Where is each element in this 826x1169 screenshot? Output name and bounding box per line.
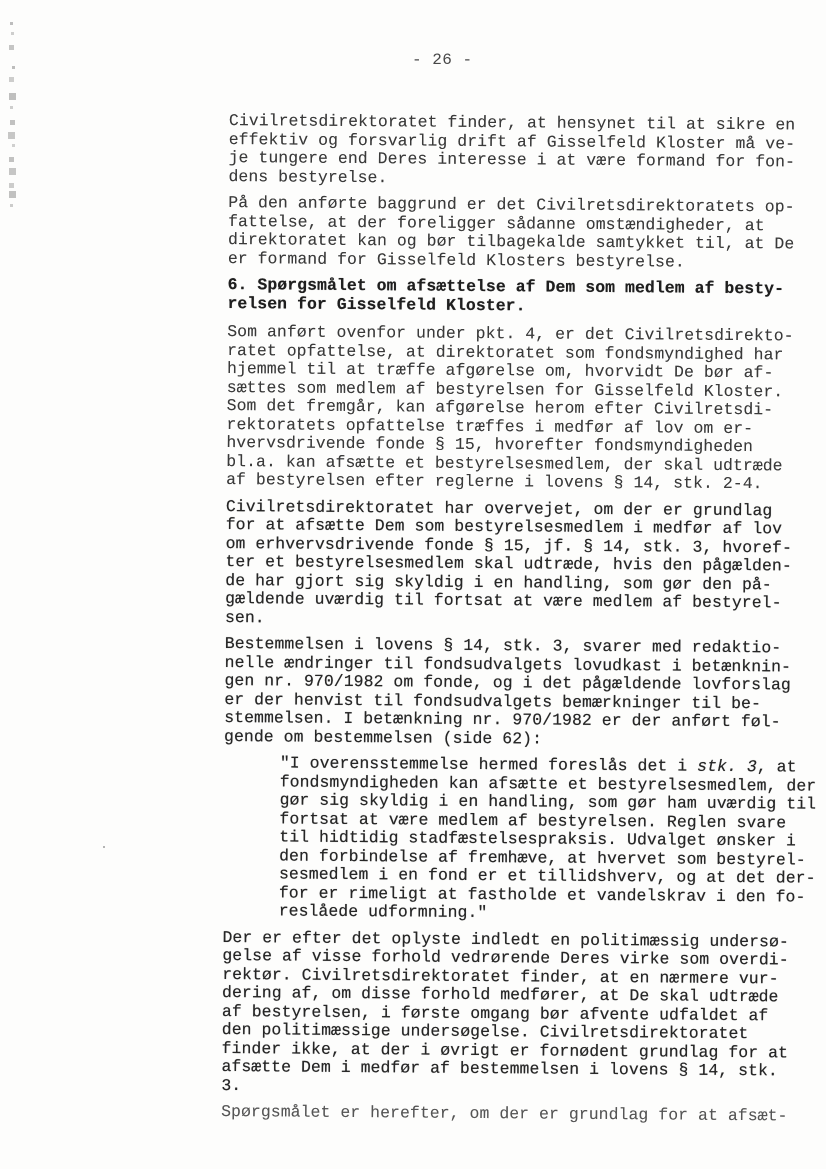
scan-noise-left-edge	[10, 22, 13, 25]
paragraph-4: Civilretsdirektoratet har overvejet, om …	[225, 497, 818, 631]
document-body: Civilretsdirektoratet finder, at hensyne…	[221, 112, 821, 1134]
paragraph-3: Som anført ovenfor under pkt. 4, er det …	[226, 323, 819, 494]
section-6-heading: 6. Spørgsmålet om afsættelse af Dem som …	[227, 276, 819, 318]
paragraph-5: Bestemmelsen i lovens § 14, stk. 3, svar…	[224, 635, 817, 751]
paragraph-7: Spørgsmålet er herefter, om der er grund…	[221, 1103, 813, 1126]
paragraph-2: På den anførte baggrund er det Civilrets…	[228, 194, 821, 273]
page-number: - 26 -	[412, 51, 473, 69]
paragraph-1: Civilretsdirektoratet finder, at hensyne…	[228, 112, 821, 191]
quote-text-remaining: fondsmyndigheden kan afsætte et bestyrel…	[279, 772, 817, 922]
scan-speck	[103, 846, 105, 848]
quoted-passage: "I overensstemmelse hermed foreslås det …	[279, 754, 816, 925]
quote-italic-term: stk. 3	[697, 757, 757, 776]
quote-text-after-italic: , at	[757, 757, 797, 776]
document-page: - 26 - Civilretsdirektoratet finder, at …	[0, 0, 826, 1169]
paragraph-6: Der er efter det oplyste indledt en poli…	[221, 928, 814, 1099]
